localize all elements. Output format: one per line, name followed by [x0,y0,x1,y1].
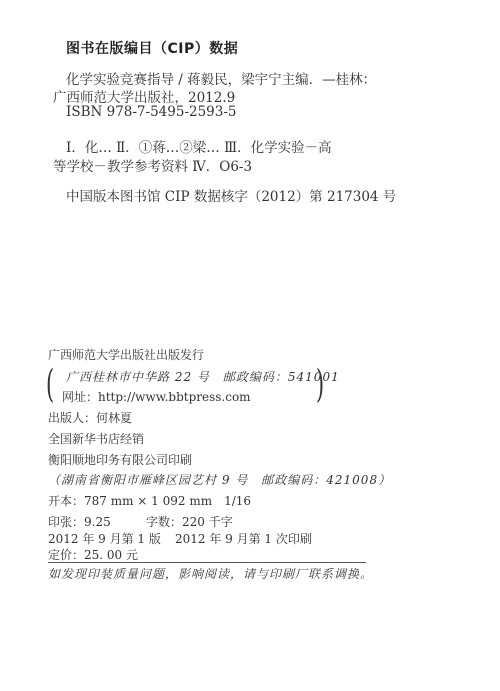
cip-isbn: ISBN 978-7-5495-2593-5 [66,104,237,120]
right-brace: ) [316,365,324,403]
cip-line-2: 广西师范大学出版社，2012.9 [53,86,235,106]
printer-address: （湖南省衡阳市雁峰区园艺村 9 号 邮政编码：421008） [48,471,391,488]
quality-notice: 如发现印装质量问题，影响阅读，请与印刷厂联系调换。 [48,565,373,582]
format-line: 开本：787 mm × 1 092 mm 1/16 [48,492,251,509]
left-brace: ( [46,365,54,403]
cip-subject-line-1: Ⅰ．化… Ⅱ．①蒋…②梁… Ⅲ．化学实验－高 [66,136,332,156]
printer-line: 衡阳顺地印务有限公司印刷 [48,451,192,468]
printing-line: 2012 年 9 月第 1 次印刷 [175,530,312,547]
divider-rule [48,562,366,563]
publisher-website: 网址：http://www.bbtpress.com [62,388,251,405]
cip-line-1: 化学实验竞赛指导 / 蒋毅民，梁宇宁主编．—桂林： [66,68,376,88]
publisher-person: 出版人：何林夏 [48,409,132,426]
price-line: 定价：25. 00 元 [48,546,138,563]
distributor-line: 全国新华书店经销 [48,430,144,447]
publisher-address: 广西桂林市中华路 22 号 邮政编码：541001 [66,368,340,385]
word-count-line: 字数：220 千字 [146,513,233,530]
cip-title: 图书在版编目（CIP）数据 [66,38,238,58]
edition-line: 2012 年 9 月第 1 版 [48,530,161,547]
cip-record-number: 中国版本图书馆 CIP 数据核字（2012）第 217304 号 [66,185,396,205]
cip-subject-line-2: 等学校－教学参考资料 Ⅳ．O6-3 [53,155,252,175]
sheets-line: 印张：9.25 [48,513,111,530]
publisher-line: 广西师范大学出版社出版发行 [48,346,204,363]
